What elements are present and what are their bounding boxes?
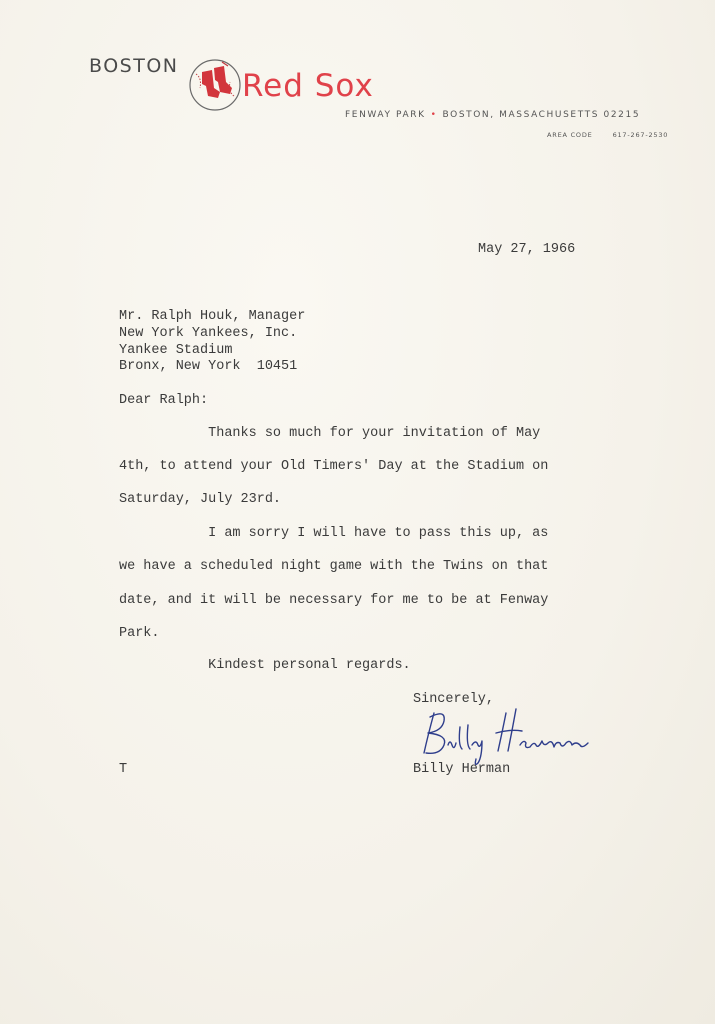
bullet-icon: • bbox=[431, 110, 438, 120]
letterhead-address: FENWAY PARK•BOSTON, MASSACHUSETTS 02215 bbox=[345, 110, 640, 120]
body-line: Park. bbox=[119, 626, 160, 641]
address-park: FENWAY PARK bbox=[345, 110, 426, 120]
body-line: Kindest personal regards. bbox=[119, 658, 411, 673]
red-sox-logo-icon bbox=[188, 58, 242, 112]
letterhead-phone: AREA CODE617-267-2530 bbox=[547, 131, 668, 139]
signer-name: Billy Herman bbox=[413, 762, 510, 777]
letterhead-city: BOSTON bbox=[89, 55, 179, 77]
recipient-line: Mr. Ralph Houk, Manager bbox=[119, 309, 305, 324]
recipient-line: Bronx, New York 10451 bbox=[119, 359, 297, 374]
letter-date: May 27, 1966 bbox=[478, 242, 575, 257]
phone-number: 617-267-2530 bbox=[613, 131, 669, 139]
body-line: Saturday, July 23rd. bbox=[119, 492, 281, 507]
salutation: Dear Ralph: bbox=[119, 393, 208, 408]
letterhead-team-name: Red Sox bbox=[242, 68, 374, 104]
letter-paper bbox=[0, 0, 715, 1024]
body-line: Thanks so much for your invitation of Ma… bbox=[119, 426, 540, 441]
handwritten-signature bbox=[420, 705, 620, 765]
typist-initial: T bbox=[119, 762, 127, 777]
body-line: we have a scheduled night game with the … bbox=[119, 559, 548, 574]
address-city: BOSTON, MASSACHUSETTS 02215 bbox=[443, 110, 641, 120]
body-line: date, and it will be necessary for me to… bbox=[119, 593, 548, 608]
recipient-line: Yankee Stadium bbox=[119, 343, 232, 358]
body-line: 4th, to attend your Old Timers' Day at t… bbox=[119, 459, 548, 474]
recipient-line: New York Yankees, Inc. bbox=[119, 326, 297, 341]
body-line: I am sorry I will have to pass this up, … bbox=[119, 526, 548, 541]
area-code-label: AREA CODE bbox=[547, 131, 593, 139]
